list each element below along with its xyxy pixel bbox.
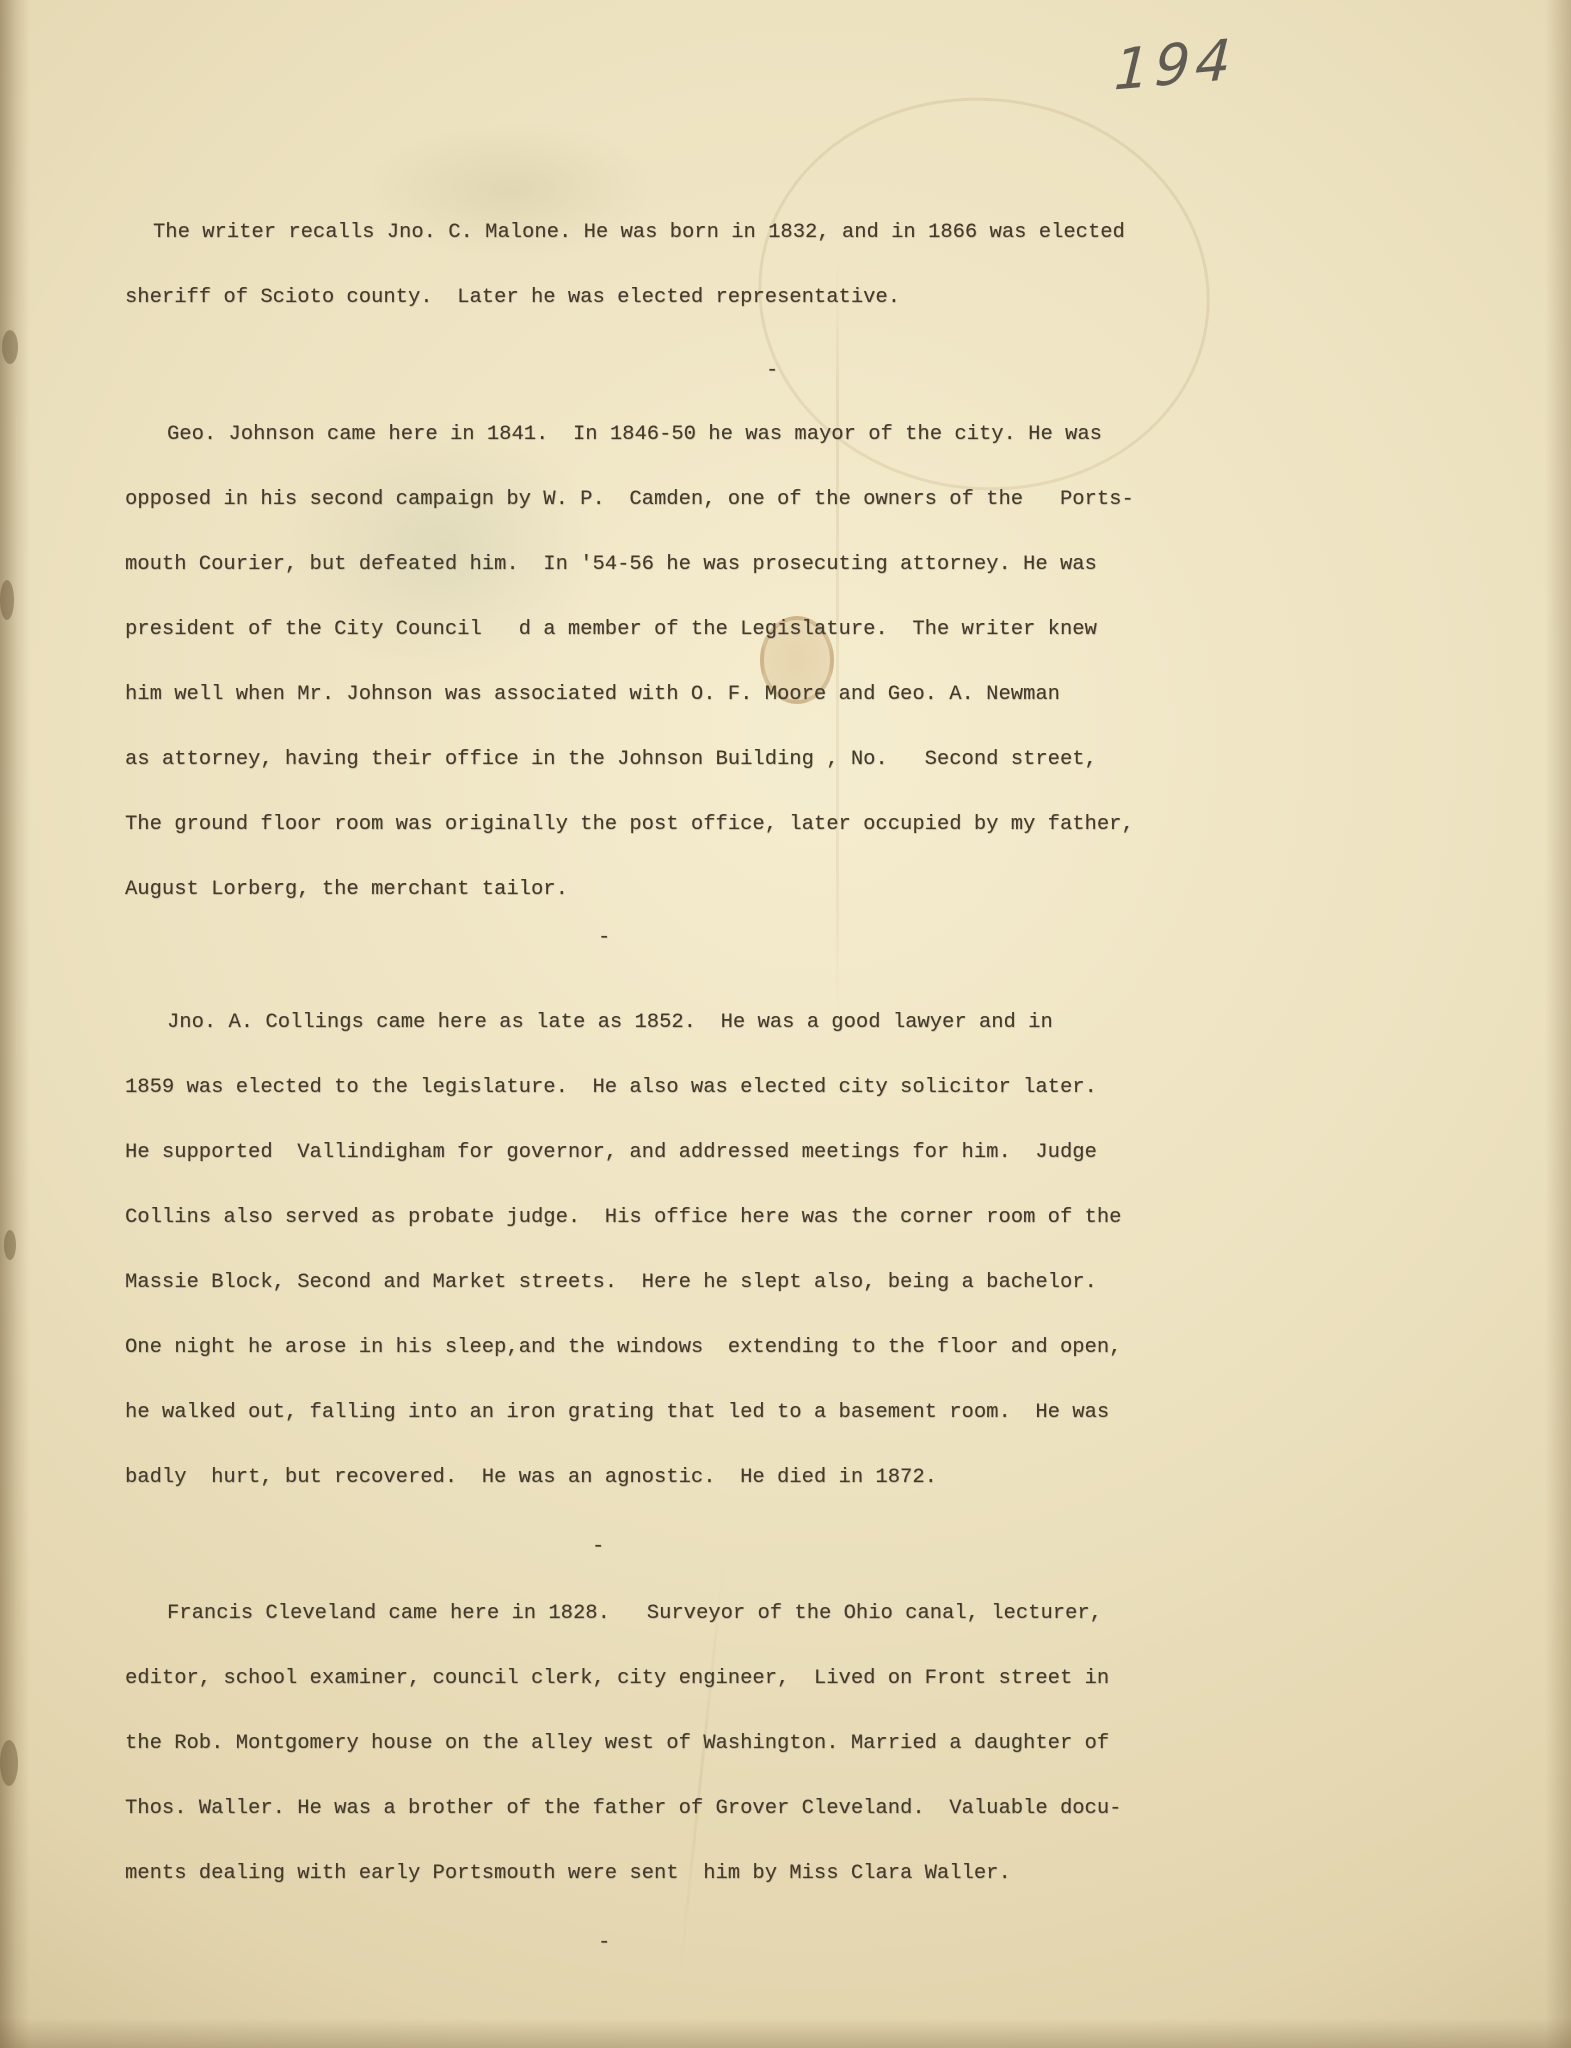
typed-line: Geo. Johnson came here in 1841. In 1846-… [125, 402, 1134, 467]
typed-line: He supported Vallindigham for governor, … [125, 1120, 1121, 1185]
page-number: 194 [1113, 32, 1237, 99]
typed-line: mouth Courier, but defeated him. In '54-… [125, 532, 1134, 597]
typed-line: The ground floor room was originally the… [125, 792, 1134, 857]
document-page: 194 The writer recalls Jno. C. Malone. H… [0, 0, 1571, 2048]
paragraph-johnson: Geo. Johnson came here in 1841. In 1846-… [125, 402, 1134, 922]
typed-line: August Lorberg, the merchant tailor. [125, 857, 1134, 922]
typed-line: 1859 was elected to the legislature. He … [125, 1055, 1121, 1120]
typed-line: him well when Mr. Johnson was associated… [125, 662, 1134, 727]
paragraph-separator: - [592, 1514, 604, 1579]
paragraph-separator: - [598, 1910, 610, 1975]
typed-line: Jno. A. Collings came here as late as 18… [125, 990, 1121, 1055]
typed-line: Massie Block, Second and Market streets.… [125, 1250, 1121, 1315]
typed-line: The writer recalls Jno. C. Malone. He wa… [125, 200, 1125, 265]
paragraph-separator: - [766, 338, 778, 403]
typed-line: Thos. Waller. He was a brother of the fa… [125, 1776, 1121, 1841]
typed-line: president of the City Council d a member… [125, 597, 1134, 662]
paragraph-collings: Jno. A. Collings came here as late as 18… [125, 990, 1121, 1510]
torn-left-edge [0, 0, 30, 2048]
edge-wear [4, 1230, 16, 1260]
paragraph-cleveland: Francis Cleveland came here in 1828. Sur… [125, 1581, 1121, 1906]
typed-line: the Rob. Montgomery house on the alley w… [125, 1711, 1121, 1776]
bottom-edge-shadow [0, 2018, 1571, 2048]
paragraph-separator: - [598, 905, 610, 970]
typed-line: One night he arose in his sleep,and the … [125, 1315, 1121, 1380]
typed-line: ments dealing with early Portsmouth were… [125, 1841, 1121, 1906]
edge-wear [0, 1740, 18, 1786]
typed-line: Francis Cleveland came here in 1828. Sur… [125, 1581, 1121, 1646]
typed-line: as attorney, having their office in the … [125, 727, 1134, 792]
right-edge-shadow [1545, 0, 1571, 2048]
typed-line: he walked out, falling into an iron grat… [125, 1380, 1121, 1445]
edge-wear [2, 330, 18, 364]
edge-wear [0, 580, 14, 620]
typed-line: badly hurt, but recovered. He was an agn… [125, 1445, 1121, 1510]
typed-line: sheriff of Scioto county. Later he was e… [125, 265, 1125, 330]
typed-line: Collins also served as probate judge. Hi… [125, 1185, 1121, 1250]
typed-line: editor, school examiner, council clerk, … [125, 1646, 1121, 1711]
paragraph-malone: The writer recalls Jno. C. Malone. He wa… [125, 200, 1125, 330]
typed-line: opposed in his second campaign by W. P. … [125, 467, 1134, 532]
